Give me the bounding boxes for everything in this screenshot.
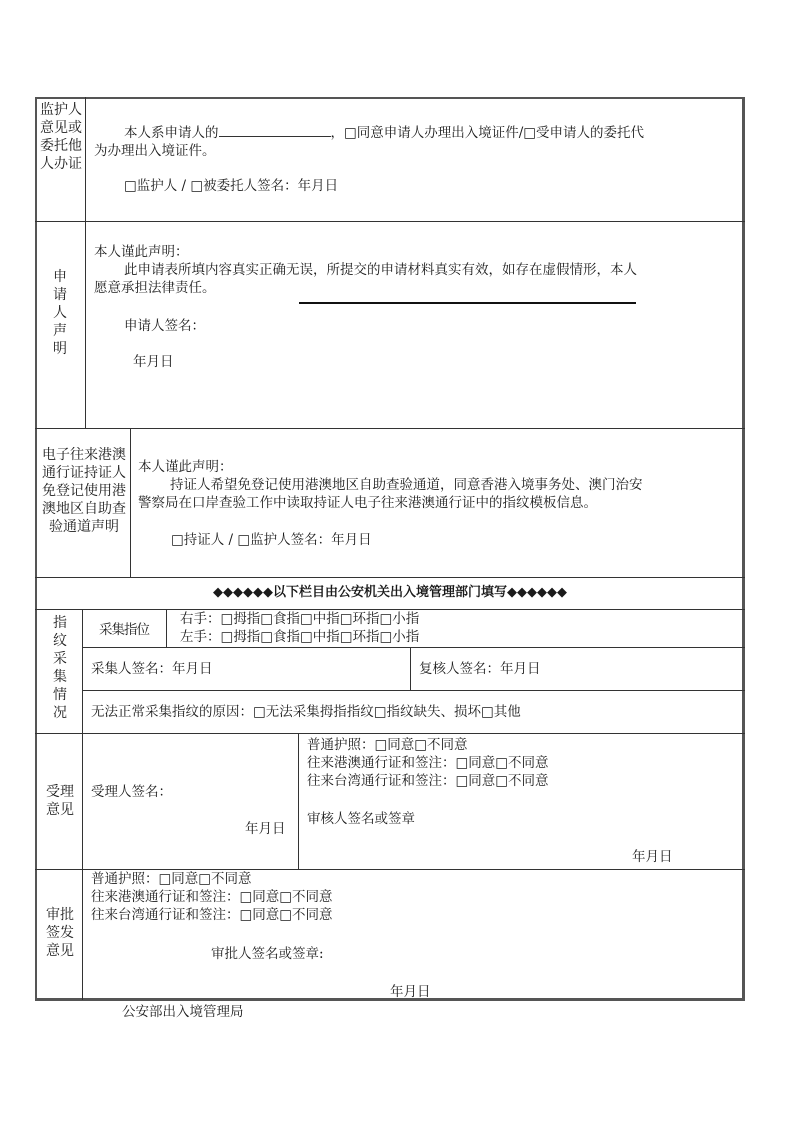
approver-date-field[interactable]: 年月日 (390, 983, 431, 1001)
applicant-signature-line (299, 302, 636, 304)
divider (85, 97, 86, 221)
eepass-declaration-line1: 持证人希望免登记使用港澳地区自助查验通道，同意香港入境事务处、澳门治安 (170, 476, 643, 494)
divider (298, 733, 299, 869)
approval-option-passport[interactable]: 普通护照：□同意□不同意 (91, 870, 252, 888)
eepass-declaration-heading: 本人谨此声明： (138, 458, 233, 476)
row-divider (35, 577, 745, 578)
approval-option-taiwan[interactable]: 往来台湾通行证和签注：□同意□不同意 (91, 906, 333, 924)
acceptance-option-passport[interactable]: 普通护照：□同意□不同意 (307, 736, 468, 754)
left-hand-finger-options[interactable]: 左手：□拇指□食指□中指□环指□小指 (180, 628, 419, 646)
guardian-signature-field[interactable]: □监护人 / □被委托人签名：年月日 (124, 177, 338, 195)
divider (410, 647, 411, 690)
guardian-relation-prefix: 本人系申请人的 (124, 125, 219, 141)
divider (166, 609, 167, 647)
acceptor-signature-field[interactable]: 受理人签名： (91, 783, 172, 801)
row-divider (35, 221, 745, 222)
applicant-section-label: 申请人声明 (50, 268, 70, 358)
divider (85, 221, 86, 428)
fingerprint-failure-reason[interactable]: 无法正常采集指纹的原因：□无法采集拇指指纹□指纹缺失、损坏□其他 (91, 703, 521, 721)
applicant-declaration-heading: 本人谨此声明： (94, 243, 189, 261)
divider (130, 428, 131, 577)
office-use-banner: ◆◆◆◆◆◆以下栏目由公安机关出入境管理部门填写◆◆◆◆◆◆ (35, 584, 745, 602)
reviewer-approval-signature-field[interactable]: 审核人签名或签章 (307, 810, 415, 828)
approval-option-hk-macau[interactable]: 往来港澳通行证和签注：□同意□不同意 (91, 888, 333, 906)
guardian-consent-options[interactable]: ，□同意申请人办理出入境证件/□受申请人的委托代 (331, 125, 645, 141)
eepass-declaration-line2: 警察局在口岸查验工作中读取持证人电子往来港澳通行证中的指纹模板信息。 (138, 494, 597, 512)
applicant-declaration-line1: 此申请表所填内容真实正确无误，所提交的申请材料真实有效，如存在虚假情形，本人 (124, 261, 637, 279)
row-divider (82, 647, 745, 648)
relation-blank-field[interactable] (219, 122, 331, 137)
acceptance-option-taiwan[interactable]: 往来台湾通行证和签注：□同意□不同意 (307, 772, 549, 790)
eepass-section-label: 电子往来港澳通行证持证人免登记使用港澳地区自助查验通道声明 (40, 446, 128, 536)
applicant-date-field[interactable]: 年月日 (133, 353, 174, 371)
acceptance-section-label: 受理意见 (40, 783, 80, 819)
collector-signature-field[interactable]: 采集人签名：年月日 (91, 660, 213, 678)
approval-section-label: 审批签发意见 (40, 906, 80, 960)
acceptor-date-field[interactable]: 年月日 (245, 820, 286, 838)
row-divider (82, 690, 745, 691)
row-divider (35, 428, 745, 429)
guardian-statement-line2: 为办理出入境证件。 (94, 142, 216, 160)
approver-signature-field[interactable]: 审批人签名或签章: (211, 945, 324, 963)
divider (82, 733, 83, 869)
guardian-statement-line1: 本人系申请人的，□同意申请人办理出入境证件/□受申请人的委托代 (124, 122, 644, 142)
divider (82, 869, 83, 1000)
applicant-declaration-line2: 愿意承担法律责任。 (94, 279, 216, 297)
eepass-signature-field[interactable]: □持证人 / □监护人签名：年月日 (171, 531, 372, 549)
reviewer-approval-date-field[interactable]: 年月日 (632, 848, 673, 866)
applicant-signature-field[interactable]: 申请人签名： (124, 317, 205, 335)
fingerprint-section-label: 指纹采集情况 (50, 614, 70, 722)
guardian-section-label: 监护人意见或委托他人办证 (40, 101, 82, 173)
acceptance-option-hk-macau[interactable]: 往来港澳通行证和签注：□同意□不同意 (307, 754, 549, 772)
row-divider (35, 733, 745, 734)
reviewer-signature-field[interactable]: 复核人签名：年月日 (419, 660, 541, 678)
issuing-authority-footer: 公安部出入境管理局 (122, 1003, 244, 1021)
right-hand-finger-options[interactable]: 右手：□拇指□食指□中指□环指□小指 (180, 610, 419, 628)
finger-position-label: 采集指位 (82, 621, 166, 639)
